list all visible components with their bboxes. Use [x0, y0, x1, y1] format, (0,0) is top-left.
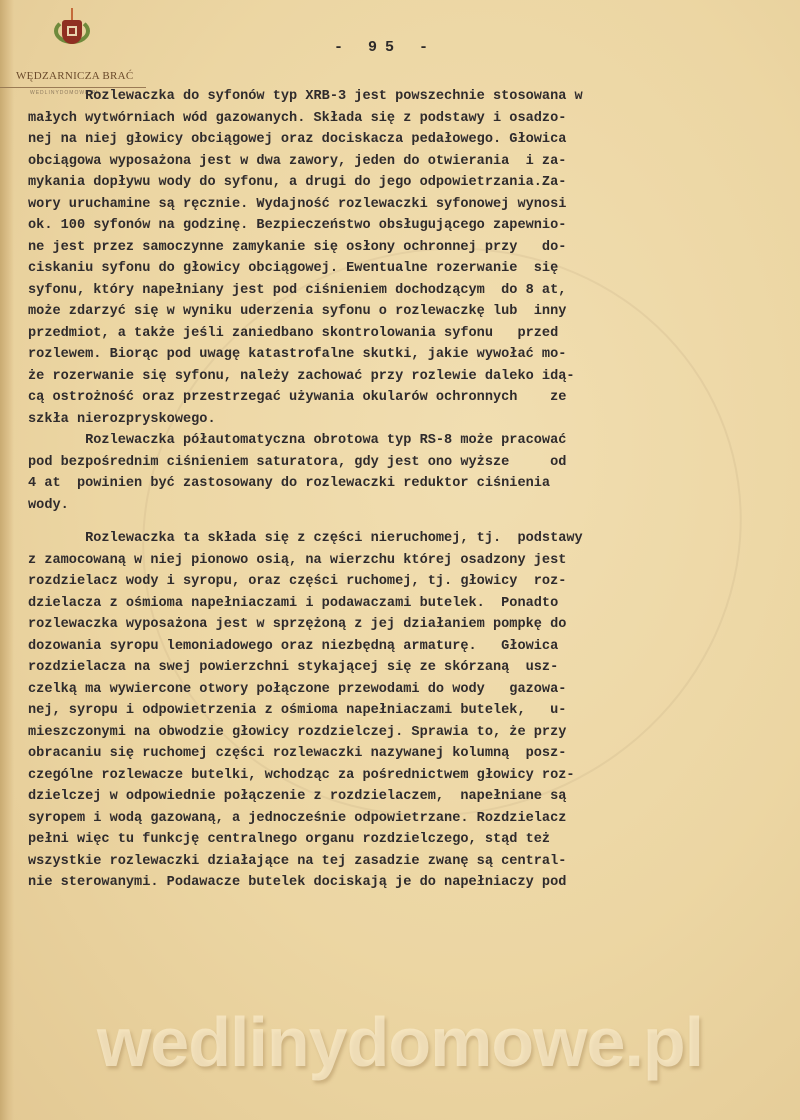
text-line: pełni więc tu funkcję centralnego organu…: [28, 829, 718, 851]
text-line: z zamocowaną w niej pionowo osią, na wie…: [28, 550, 718, 572]
text-line: dozowania syropu lemoniadowego oraz niez…: [28, 636, 718, 658]
text-line: może zdarzyć się w wyniku uderzenia syfo…: [28, 301, 718, 323]
text-line: syfonu, który napełniany jest pod ciśnie…: [28, 280, 718, 302]
crest-icon: [52, 8, 92, 54]
text-line: [28, 516, 718, 528]
text-line: nej na niej głowicy obciągowej oraz doci…: [28, 129, 718, 151]
text-line: 4 at powinien być zastosowany do rozlewa…: [28, 473, 718, 495]
page-number: - 95 -: [334, 39, 436, 56]
text-line: mieszczonymi na obwodzie głowicy rozdzie…: [28, 722, 718, 744]
text-line: pod bezpośrednim ciśnieniem saturatora, …: [28, 452, 718, 474]
text-line: szkła nierozpryskowego.: [28, 409, 718, 431]
text-line: cą ostrożność oraz przestrzegać używania…: [28, 387, 718, 409]
text-line: wszystkie rozlewaczki działające na tej …: [28, 851, 718, 873]
page-binding-shadow: [0, 0, 14, 1120]
text-line: dzielczej w odpowiednie połączenie z roz…: [28, 786, 718, 808]
text-line: czególne rozlewacze butelki, wchodząc za…: [28, 765, 718, 787]
text-line: syropem i wodą gazowaną, a jednocześnie …: [28, 808, 718, 830]
text-line: ciskaniu syfonu do głowicy obciągowej. E…: [28, 258, 718, 280]
text-line: rozdzielacz wody i syropu, oraz części r…: [28, 571, 718, 593]
text-line: ne jest przez samoczynne zamykanie się o…: [28, 237, 718, 259]
text-line: małych wytwórniach wód gazowanych. Skład…: [28, 108, 718, 130]
text-line: mykania dopływu wody do syfonu, a drugi …: [28, 172, 718, 194]
text-line: Rozlewaczka półautomatyczna obrotowa typ…: [28, 430, 718, 452]
text-line: obracaniu się ruchomej części rozlewaczk…: [28, 743, 718, 765]
text-line: nej, syropu i odpowietrzenia z ośmioma n…: [28, 700, 718, 722]
shield-icon: [62, 20, 82, 44]
document-body: Rozlewaczka do syfonów typ XRB-3 jest po…: [28, 86, 718, 894]
text-line: ok. 100 syfonów na godzinę. Bezpieczeńst…: [28, 215, 718, 237]
text-line: wody.: [28, 495, 718, 517]
site-logo[interactable]: WĘDZARNICZA BRAĆ WEDLINYDOMOWE.PL: [0, 8, 148, 90]
text-line: rozlewem. Biorąc pod uwagę katastrofalne…: [28, 344, 718, 366]
text-line: rozlewaczka wyposażona jest w sprzężoną …: [28, 614, 718, 636]
logo-name: WĘDZARNICZA BRAĆ: [16, 70, 134, 82]
text-line: dzielacza z ośmioma napełniaczami i poda…: [28, 593, 718, 615]
text-line: czelką ma wywiercone otwory połączone pr…: [28, 679, 718, 701]
text-line: Rozlewaczka ta składa się z części nieru…: [28, 528, 718, 550]
text-line: że rozerwanie się syfonu, należy zachowa…: [28, 366, 718, 388]
text-line: Rozlewaczka do syfonów typ XRB-3 jest po…: [28, 86, 718, 108]
text-line: wory uruchamine są ręcznie. Wydajność ro…: [28, 194, 718, 216]
text-line: przedmiot, a także jeśli zaniedbano skon…: [28, 323, 718, 345]
scanned-page: WĘDZARNICZA BRAĆ WEDLINYDOMOWE.PL - 95 -…: [0, 0, 800, 1120]
text-line: nie sterowanymi. Podawacze butelek docis…: [28, 872, 718, 894]
text-line: obciągowa wyposażona jest w dwa zawory, …: [28, 151, 718, 173]
watermark: wedlinydomowe.pl: [0, 1002, 800, 1082]
text-line: rozdzielacza na swej powierzchni stykają…: [28, 657, 718, 679]
